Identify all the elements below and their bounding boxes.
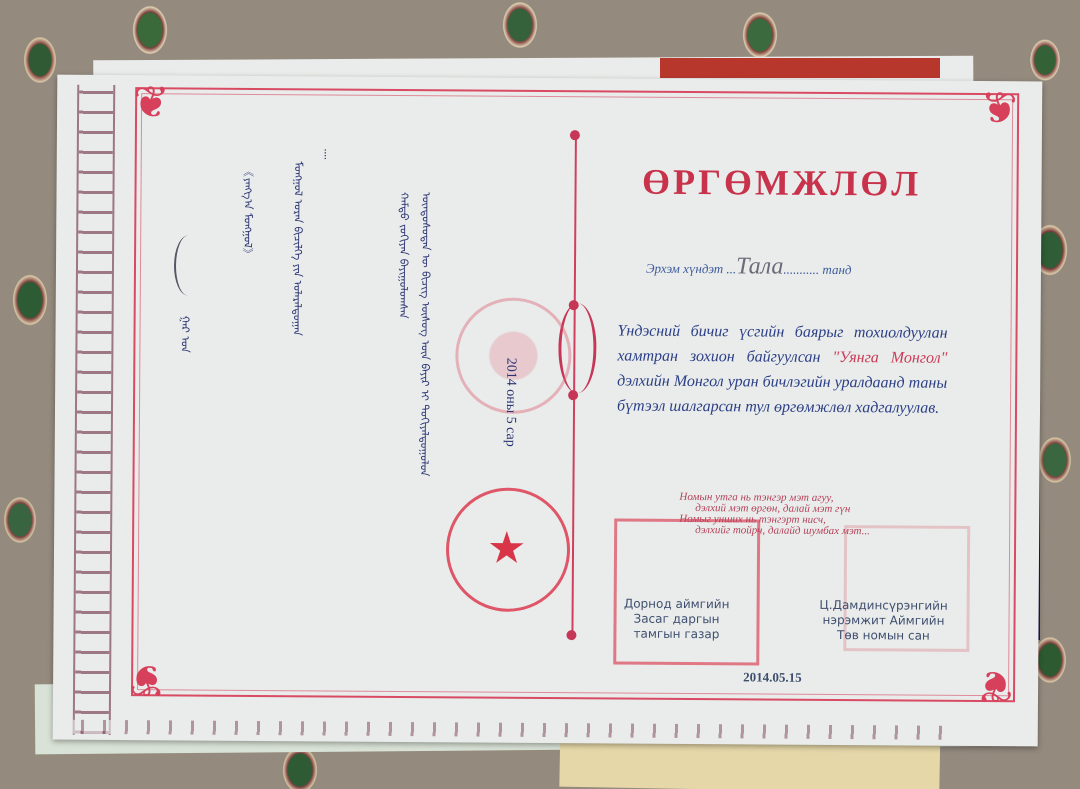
certificate-title: ӨРГӨМЖЛӨЛ — [616, 160, 946, 204]
greeting-prefix: Эрхэм хүндэт ... — [646, 261, 736, 277]
mongolian-script-column: 《ᠶᠠᠩᠭ᠎ᠠ ᠮᠣᠩᠭᠣᠯ》 — [235, 166, 257, 636]
signer-line: Ц.Дамдинсүрэнгийн — [799, 598, 969, 614]
signer-governor-office: Дорнод аймгийн Засаг даргын тамгын газар — [601, 596, 751, 642]
ornament-corner-icon: ❦ — [967, 657, 1023, 713]
red-folder-edge — [660, 58, 940, 78]
star-icon: ★ — [487, 523, 527, 574]
signer-line: Дорнод аймгийн — [602, 596, 752, 612]
divider-dot — [570, 130, 580, 140]
mongolian-script-column: ᠮᠣᠩᠭᠣᠯ ᠤᠷᠠᠨ ᠪᠢᠴᠢᠯᠭᠡ ᠶᠢᠨ ᠤᠯᠠᠷᠠᠯᠳᠤᠭᠠᠨ — [285, 161, 307, 641]
ornament-corner-icon: ❦ — [971, 81, 1027, 137]
signature-label: ᠭᠠᠷ ᠤᠨ — [175, 315, 194, 375]
greeting-line: Эрхэм хүндэт ...Тала........... танд — [646, 253, 852, 281]
ornament-corner-icon: ❦ — [123, 75, 179, 131]
ornament-corner-icon: ❦ — [119, 651, 175, 707]
certificate: ❦ ❦ ❦ ❦ ★ ᠦᠨᠳᠦᠰᠦᠲᠡᠨ ᠦ ᠪᠢᠴᠢᠭ ᠦᠰᠦᠭ ᠦᠨ ᠪᠠᠶᠢ… — [53, 75, 1043, 747]
mongolian-script-column: ᠁ — [313, 146, 333, 346]
divider-dot — [566, 630, 576, 640]
vertical-date: 2014 оны 5 сар — [502, 358, 519, 447]
recipient-name: Тала — [736, 253, 783, 279]
square-stamp — [613, 518, 760, 665]
signature — [174, 235, 202, 295]
signer-library: Ц.Дамдинсүрэнгийн нэрэмжит Аймгийн Төв н… — [798, 598, 968, 644]
signer-line: тамгын газар — [601, 626, 751, 642]
poem: Номын утга нь тэнгэр мэт агуу, дэлхий мэ… — [679, 492, 949, 538]
greeting-suffix: ........... танд — [783, 262, 851, 277]
greek-key-border-bottom — [73, 720, 953, 740]
mongolian-script-column: ᠬᠠᠮᠲᠤ ᠵᠣᠬᠢᠶᠠᠨ ᠪᠠᠶᠢᠭᠤᠯᠤᠭᠰᠠᠨ — [392, 192, 414, 622]
issue-date: 2014.05.15 — [743, 669, 802, 685]
greek-key-border-left — [73, 85, 116, 735]
certificate-body: Үндэсний бичиг үсгийн баярыг тохиолдуула… — [617, 318, 948, 420]
signer-line: Засаг даргын — [601, 611, 751, 627]
signer-line: Төв номын сан — [798, 628, 968, 644]
body-text-end: дэлхийн Монгол уран бичлэгийн уралдаанд … — [617, 372, 947, 416]
signer-line: нэрэмжит Аймгийн — [798, 613, 968, 629]
poem-line: дэлхийг тойрч, далайд шумбах мэт... — [679, 525, 949, 538]
mongolian-script-column: ᠦᠨᠳᠦᠰᠦᠲᠡᠨ ᠦ ᠪᠢᠴᠢᠭ ᠦᠰᠦᠭ ᠦᠨ ᠪᠠᠶᠢᠷ ᠢ ᠲᠣᠬᠢᠶᠠ… — [414, 192, 436, 622]
contest-name: "Уянга Монгол" — [832, 349, 947, 367]
